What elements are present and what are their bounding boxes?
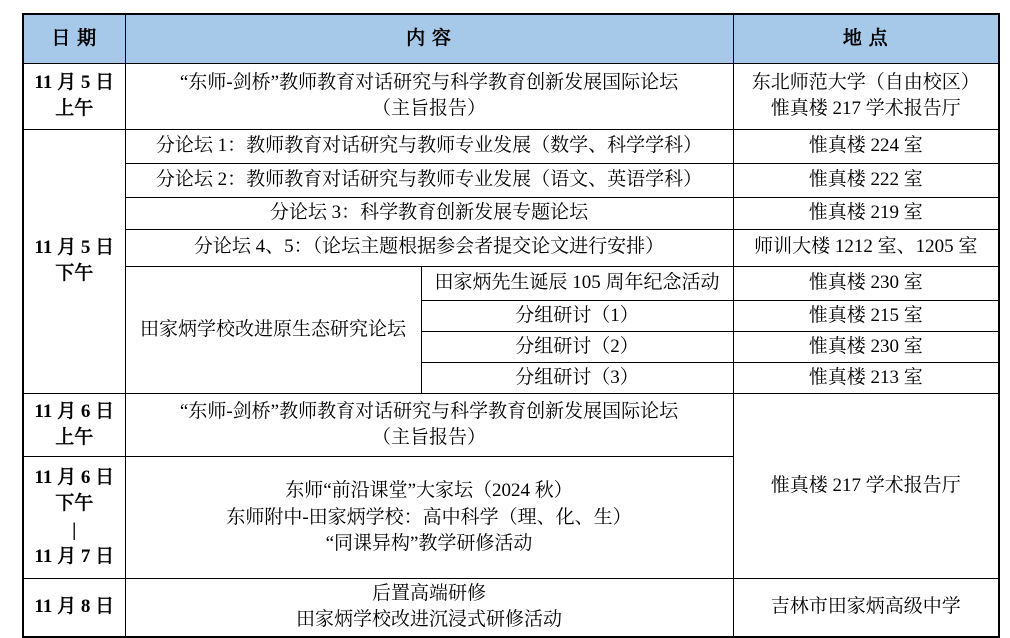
date-nov5-am: 11 月 5 日 上午 — [23, 63, 125, 129]
content-forum-1: 分论坛 1：教师教育对话研究与教师专业发展（数学、科学学科） — [125, 129, 733, 163]
content-tjb-forum-label: 田家炳学校改进原生态研究论坛 — [125, 266, 421, 394]
location-forum-3: 惟真楼 219 室 — [733, 197, 999, 229]
schedule-table: 日 期 内 容 地 点 11 月 5 日 上午 “东师-剑桥”教师教育对话研究与… — [22, 13, 1000, 638]
content-nov6-am: “东师-剑桥”教师教育对话研究与科学教育创新发展国际论坛 （主旨报告） — [125, 394, 733, 457]
content-tjb-anniversary: 田家炳先生诞辰 105 周年纪念活动 — [421, 266, 733, 300]
header-content: 内 容 — [125, 14, 733, 63]
location-group-discussion-3: 惟真楼 213 室 — [733, 362, 999, 393]
header-date: 日 期 — [23, 14, 125, 63]
location-tjb-anniversary: 惟真楼 230 室 — [733, 266, 999, 300]
location-forum-1: 惟真楼 224 室 — [733, 129, 999, 163]
header-location: 地 点 — [733, 14, 999, 63]
location-nov6-nov7: 惟真楼 217 学术报告厅 — [733, 394, 999, 579]
location-nov5-am: 东北师范大学（自由校区） 惟真楼 217 学术报告厅 — [733, 63, 999, 129]
content-group-discussion-1: 分组研讨（1） — [421, 300, 733, 331]
content-nov8: 后置高端研修 田家炳学校改进沉浸式研修活动 — [125, 579, 733, 637]
location-forum-4-5: 师训大楼 1212 室、1205 室 — [733, 229, 999, 266]
document-page: 日 期 内 容 地 点 11 月 5 日 上午 “东师-剑桥”教师教育对话研究与… — [0, 0, 1010, 630]
content-nov5-am: “东师-剑桥”教师教育对话研究与科学教育创新发展国际论坛 （主旨报告） — [125, 63, 733, 129]
location-group-discussion-1: 惟真楼 215 室 — [733, 300, 999, 331]
location-nov8: 吉林市田家炳高级中学 — [733, 579, 999, 637]
table-header-row: 日 期 内 容 地 点 — [23, 14, 999, 63]
content-forum-4-5: 分论坛 4、5：（论坛主题根据参会者提交论文进行安排） — [125, 229, 733, 266]
content-forum-3: 分论坛 3：科学教育创新发展专题论坛 — [125, 197, 733, 229]
content-nov6-pm-nov7: 东师“前沿课堂”大家坛（2024 秋） 东师附中-田家炳学校：高中科学（理、化、… — [125, 457, 733, 579]
table-row-nov6-am: 11 月 6 日 上午 “东师-剑桥”教师教育对话研究与科学教育创新发展国际论坛… — [23, 394, 999, 457]
table-row-nov5-am: 11 月 5 日 上午 “东师-剑桥”教师教育对话研究与科学教育创新发展国际论坛… — [23, 63, 999, 129]
table-row-forum-4-5: 分论坛 4、5：（论坛主题根据参会者提交论文进行安排） 师训大楼 1212 室、… — [23, 229, 999, 266]
content-group-discussion-2: 分组研讨（2） — [421, 331, 733, 362]
date-nov6-am: 11 月 6 日 上午 — [23, 394, 125, 457]
table-row-tjb-anniversary: 田家炳学校改进原生态研究论坛 田家炳先生诞辰 105 周年纪念活动 惟真楼 23… — [23, 266, 999, 300]
table-row-forum-2: 分论坛 2：教师教育对话研究与教师专业发展（语文、英语学科） 惟真楼 222 室 — [23, 163, 999, 197]
date-nov6-pm-nov7: 11 月 6 日 下午 | 11 月 7 日 — [23, 457, 125, 579]
location-forum-2: 惟真楼 222 室 — [733, 163, 999, 197]
table-row-nov8: 11 月 8 日 后置高端研修 田家炳学校改进沉浸式研修活动 吉林市田家炳高级中… — [23, 579, 999, 637]
date-nov8: 11 月 8 日 — [23, 579, 125, 637]
content-forum-2: 分论坛 2：教师教育对话研究与教师专业发展（语文、英语学科） — [125, 163, 733, 197]
content-group-discussion-3: 分组研讨（3） — [421, 362, 733, 393]
table-row-forum-3: 分论坛 3：科学教育创新发展专题论坛 惟真楼 219 室 — [23, 197, 999, 229]
location-group-discussion-2: 惟真楼 230 室 — [733, 331, 999, 362]
date-nov5-pm: 11 月 5 日 下午 — [23, 129, 125, 394]
table-row-forum-1: 11 月 5 日 下午 分论坛 1：教师教育对话研究与教师专业发展（数学、科学学… — [23, 129, 999, 163]
